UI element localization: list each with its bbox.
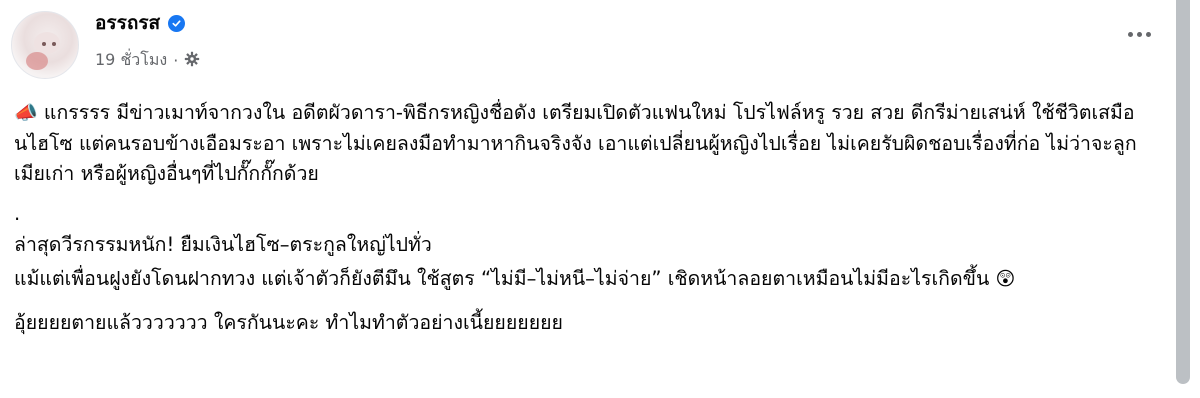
avatar-face-shape: [34, 32, 60, 54]
verified-badge-icon: [168, 15, 185, 32]
paragraph-2-line-1: ล่าสุดวีรกรรมหนัก! ยืมเงินไฮโซ–ตระกูลใหญ…: [14, 233, 432, 256]
ellipsis-dot: [1137, 32, 1142, 37]
avatar-accent-shape: [26, 52, 48, 70]
post-dot-separator: .: [14, 204, 1164, 224]
post-header: อรรถรส: [95, 8, 185, 38]
vertical-scrollbar[interactable]: [1176, 0, 1190, 384]
post-paragraph-2: ล่าสุดวีรกรรมหนัก! ยืมเงินไฮโซ–ตระกูลใหญ…: [14, 228, 1164, 296]
astonished-face-emoji-icon: 😲: [995, 268, 1015, 290]
avatar-eye: [52, 42, 56, 46]
ellipsis-dot: [1128, 32, 1133, 37]
megaphone-emoji-icon: 📣: [14, 102, 38, 124]
author-avatar[interactable]: [11, 11, 79, 79]
post-timestamp[interactable]: 19 ชั่วโมง: [95, 48, 167, 73]
facebook-post: อรรถรส 19 ชั่วโมง ·: [0, 0, 1170, 398]
avatar-eye: [42, 42, 46, 46]
paragraph-1-text: แกรรรร มีข่าวเมาท์จากวงใน อดีตผัวดารา-พิ…: [14, 101, 1137, 185]
post-paragraph-3: อุ้ยยยยตายแล้ววววววว ใครกันนะคะ ทำไมทำตั…: [14, 308, 1164, 339]
more-options-button[interactable]: [1128, 32, 1151, 37]
gear-icon[interactable]: [184, 51, 200, 71]
paragraph-2-line-2: แม้แต่เพื่อนฝูงยังโดนฝากทวง แต่เจ้าตัวก็…: [14, 267, 989, 290]
author-name[interactable]: อรรถรส: [95, 8, 160, 38]
ellipsis-dot: [1146, 32, 1151, 37]
meta-separator: ·: [173, 51, 178, 70]
post-paragraph-1: 📣 แกรรรร มีข่าวเมาท์จากวงใน อดีตผัวดารา-…: [14, 98, 1164, 190]
post-body: 📣 แกรรรร มีข่าวเมาท์จากวงใน อดีตผัวดารา-…: [14, 98, 1164, 338]
post-meta: 19 ชั่วโมง ·: [95, 48, 200, 73]
